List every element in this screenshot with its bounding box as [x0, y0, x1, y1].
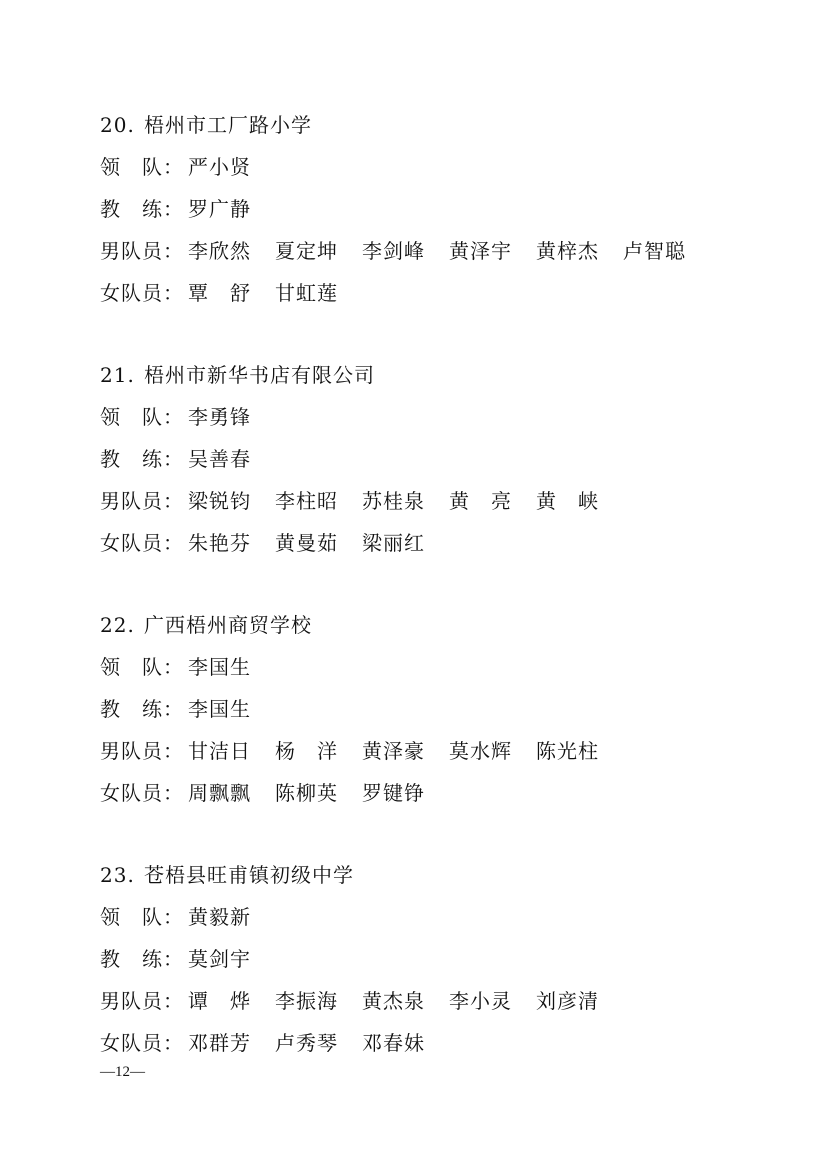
male-player: 李小灵	[449, 980, 512, 1022]
coach-label: 教 练：	[100, 438, 188, 480]
leader-name: 李勇锋	[188, 405, 251, 429]
female-label: 女队员：	[100, 772, 188, 814]
male-label: 男队员：	[100, 480, 188, 522]
female-player: 甘虹莲	[275, 272, 338, 314]
team-name: 广西梧州商贸学校	[144, 613, 312, 637]
male-players-row: 男队员：甘洁日杨 洋黄泽豪莫水辉陈光柱	[100, 730, 740, 772]
leader-row: 领 队：严小贤	[100, 146, 740, 188]
male-player: 杨 洋	[275, 730, 338, 772]
female-players-row: 女队员：覃 舒甘虹莲	[100, 272, 740, 314]
leader-label: 领 队：	[100, 396, 188, 438]
male-player: 卢智聪	[623, 230, 686, 272]
male-label: 男队员：	[100, 980, 188, 1022]
team-number: 20.	[100, 104, 144, 146]
coach-label: 教 练：	[100, 938, 188, 980]
team-title: 21.梧州市新华书店有限公司	[100, 354, 740, 396]
team-title: 22.广西梧州商贸学校	[100, 604, 740, 646]
team-block-22: 22.广西梧州商贸学校 领 队：李国生 教 练：李国生 男队员：甘洁日杨 洋黄泽…	[100, 604, 740, 814]
leader-row: 领 队：李国生	[100, 646, 740, 688]
coach-row: 教 练：吴善春	[100, 438, 740, 480]
female-players-row: 女队员：邓群芳卢秀琴邓春妹	[100, 1022, 740, 1064]
female-player: 黄曼茹	[275, 522, 338, 564]
male-player: 黄泽宇	[449, 230, 512, 272]
female-player: 邓春妹	[362, 1022, 425, 1064]
leader-name: 黄毅新	[188, 905, 251, 929]
team-title: 20.梧州市工厂路小学	[100, 104, 740, 146]
leader-label: 领 队：	[100, 646, 188, 688]
leader-name: 李国生	[188, 655, 251, 679]
female-players-row: 女队员：周飘飘陈柳英罗键铮	[100, 772, 740, 814]
coach-name: 吴善春	[188, 447, 251, 471]
male-player: 黄泽豪	[362, 730, 425, 772]
female-player: 周飘飘	[188, 772, 251, 814]
male-player: 刘彦清	[536, 980, 599, 1022]
leader-label: 领 队：	[100, 896, 188, 938]
coach-name: 莫剑宇	[188, 947, 251, 971]
female-label: 女队员：	[100, 272, 188, 314]
coach-row: 教 练：罗广静	[100, 188, 740, 230]
male-player: 苏桂泉	[362, 480, 425, 522]
female-label: 女队员：	[100, 1022, 188, 1064]
leader-label: 领 队：	[100, 146, 188, 188]
leader-name: 严小贤	[188, 155, 251, 179]
male-label: 男队员：	[100, 230, 188, 272]
coach-name: 罗广静	[188, 197, 251, 221]
female-player: 卢秀琴	[275, 1022, 338, 1064]
male-player: 李柱昭	[275, 480, 338, 522]
male-player: 李振海	[275, 980, 338, 1022]
male-players-row: 男队员：李欣然夏定坤李剑峰黄泽宇黄梓杰卢智聪	[100, 230, 740, 272]
team-block-20: 20.梧州市工厂路小学 领 队：严小贤 教 练：罗广静 男队员：李欣然夏定坤李剑…	[100, 104, 740, 314]
female-players-row: 女队员：朱艳芬黄曼茹梁丽红	[100, 522, 740, 564]
male-player: 莫水辉	[449, 730, 512, 772]
female-player: 陈柳英	[275, 772, 338, 814]
male-player: 黄 峡	[536, 480, 599, 522]
male-players-row: 男队员：梁锐钧李柱昭苏桂泉黄 亮黄 峡	[100, 480, 740, 522]
leader-row: 领 队：黄毅新	[100, 896, 740, 938]
team-number: 22.	[100, 604, 144, 646]
team-block-23: 23.苍梧县旺甫镇初级中学 领 队：黄毅新 教 练：莫剑宇 男队员：谭 烨李振海…	[100, 854, 740, 1064]
team-number: 23.	[100, 854, 144, 896]
team-name: 梧州市工厂路小学	[144, 113, 312, 137]
male-player: 黄 亮	[449, 480, 512, 522]
coach-name: 李国生	[188, 697, 251, 721]
female-player: 朱艳芬	[188, 522, 251, 564]
female-player: 罗键铮	[362, 772, 425, 814]
leader-row: 领 队：李勇锋	[100, 396, 740, 438]
coach-row: 教 练：莫剑宇	[100, 938, 740, 980]
male-label: 男队员：	[100, 730, 188, 772]
male-player: 李剑峰	[362, 230, 425, 272]
male-player: 甘洁日	[188, 730, 251, 772]
team-title: 23.苍梧县旺甫镇初级中学	[100, 854, 740, 896]
female-player: 梁丽红	[362, 522, 425, 564]
team-name: 苍梧县旺甫镇初级中学	[144, 863, 354, 887]
female-label: 女队员：	[100, 522, 188, 564]
coach-label: 教 练：	[100, 188, 188, 230]
male-player: 李欣然	[188, 230, 251, 272]
male-player: 黄梓杰	[536, 230, 599, 272]
male-player: 梁锐钧	[188, 480, 251, 522]
female-player: 邓群芳	[188, 1022, 251, 1064]
male-player: 黄杰泉	[362, 980, 425, 1022]
female-player: 覃 舒	[188, 272, 251, 314]
team-name: 梧州市新华书店有限公司	[144, 363, 375, 387]
coach-label: 教 练：	[100, 688, 188, 730]
male-player: 夏定坤	[275, 230, 338, 272]
male-players-row: 男队员：谭 烨李振海黄杰泉李小灵刘彦清	[100, 980, 740, 1022]
male-player: 陈光柱	[536, 730, 599, 772]
coach-row: 教 练：李国生	[100, 688, 740, 730]
male-player: 谭 烨	[188, 980, 251, 1022]
document-page: 20.梧州市工厂路小学 领 队：严小贤 教 练：罗广静 男队员：李欣然夏定坤李剑…	[0, 0, 826, 1169]
page-number: —12—	[100, 1064, 145, 1081]
team-block-21: 21.梧州市新华书店有限公司 领 队：李勇锋 教 练：吴善春 男队员：梁锐钧李柱…	[100, 354, 740, 564]
team-number: 21.	[100, 354, 144, 396]
